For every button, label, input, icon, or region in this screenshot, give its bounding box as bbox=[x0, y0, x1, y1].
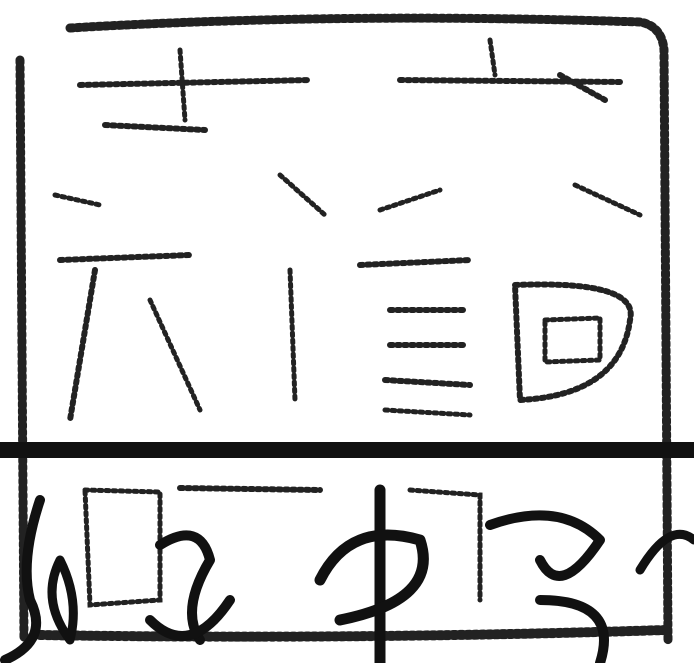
horizontal-line bbox=[0, 442, 694, 458]
seal-stamp bbox=[0, 0, 694, 663]
scanned-seal-image: Scanned square seal stamp impression wit… bbox=[0, 0, 694, 663]
